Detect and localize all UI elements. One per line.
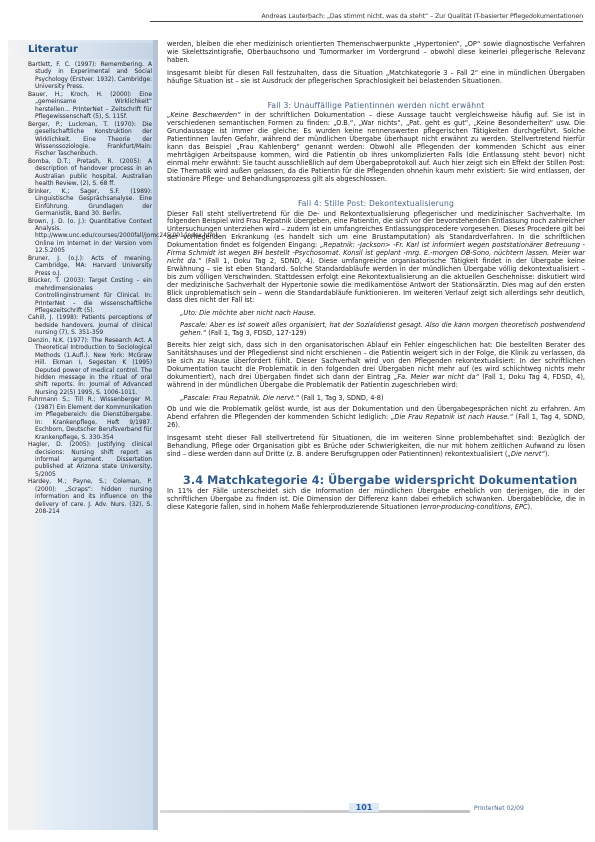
emphasis: „Pascale: Frau Repatnik. Die nervt.“ (180, 394, 299, 402)
reference-item: Cahill, J. (1998): Patients perceptions … (28, 315, 152, 337)
citation: (Fall 1, Tag 3, FDSD, 127-129) (206, 329, 306, 337)
paragraph: werden, bleiben die eher medizinisch ori… (167, 41, 585, 65)
paragraph: Insgesamt steht dieser Fall stellvertret… (167, 435, 585, 459)
reference-item: Berger, P.; Luckman, T. (1970): Die gese… (28, 122, 152, 159)
reference-item: Bomba, D.T.; Pretash, R. (2005): A descr… (28, 159, 152, 189)
quote: Pascale: Aber es ist soweit alles organi… (167, 322, 585, 338)
quote: „Uto: Die möchte aber nicht nach Hause. (167, 310, 585, 318)
case-3-heading: Fall 3: Unauffällige Patientinnen werden… (167, 102, 585, 110)
emphasis: „Keine Beschwerden“ (167, 111, 241, 119)
emphasis: „Die nervt“ (507, 450, 544, 458)
paragraph: „Keine Beschwerden“ in der schriftlichen… (167, 112, 585, 183)
journal-name: PrInterNet 02/09 (474, 805, 524, 812)
page-number: 101 (349, 803, 379, 812)
reference-list: Bartlett, F. C. (1997): Remembering. A s… (28, 62, 152, 517)
text: in der schriftlichen Dokumentation – die… (167, 111, 585, 182)
emphasis: „Uto: Die möchte aber nicht nach Hause. (180, 309, 316, 317)
paragraph: Dieser Fall steht stellvertretend für di… (167, 211, 585, 306)
footer-rule (160, 810, 470, 813)
reference-item: Fuhrmann S.; Till R.; Wissenberger M. (1… (28, 397, 152, 442)
reference-item: Denzin, N.K. (1977): The Research Act. A… (28, 338, 152, 398)
main-column: werden, bleiben die eher medizinisch ori… (167, 41, 585, 517)
quote: „Pascale: Frau Repatnik. Die nervt.“ (Fa… (167, 395, 585, 403)
case-4-heading: Fall 4: Stille Post: Dekontextualisierun… (167, 200, 585, 208)
text: ). (545, 450, 550, 458)
sidebar-title: Literatur (28, 44, 78, 55)
text: (Fall 1, Doku Tag 2, SDND, 4). Diese umf… (167, 257, 585, 305)
reference-item: Bauer, H.; Kroch, H. (2000): Eine „gemei… (28, 92, 152, 122)
reference-item: Brinker, K.; Sager, S.F. (1989): Linguis… (28, 189, 152, 219)
literature-sidebar: Literatur Bartlett, F. C. (1997): Rememb… (8, 40, 158, 830)
citation: (Fall 1, Tag 3, SDND, 4-8) (299, 394, 384, 402)
sidebar-edge (153, 40, 158, 830)
paragraph: In 11% der Fälle unterscheidet sich die … (167, 488, 585, 512)
paragraph: Bereits hier zeigt sich, dass sich in de… (167, 342, 585, 389)
paragraph: Ob und wie die Problematik gelöst wurde,… (167, 406, 585, 430)
emphasis: „Die Frau Repatnik ist nach Hause.“ (391, 413, 513, 421)
reference-item: Hagler, D. (2005): Justifying clinical d… (28, 442, 152, 479)
reference-item: Bruner, J. (o.J.): Acts of meaning. Camb… (28, 256, 152, 278)
running-header: Andreas Lauterbach: „Das stimmt nicht, w… (150, 13, 583, 22)
emphasis: error-producing-conditions, EPC (423, 503, 528, 511)
paragraph: Insgesamt bleibt für diesen Fall festzuh… (167, 70, 585, 86)
reference-item: Bartlett, F. C. (1997): Remembering. A s… (28, 62, 152, 92)
section-heading: 3.4 Matchkategorie 4: Übergabe widerspri… (183, 477, 585, 485)
reference-item: Blücker, T. (2003): Target Costing – ein… (28, 278, 152, 315)
text: ). (528, 503, 533, 511)
emphasis: „Fa. Meier war nicht da“ (394, 373, 479, 381)
reference-item: Brown, J. D. (o. J.): Quantitative Conte… (28, 219, 152, 256)
reference-item: Hardey, M.; Payne, S.; Coleman, P. (2000… (28, 479, 152, 516)
